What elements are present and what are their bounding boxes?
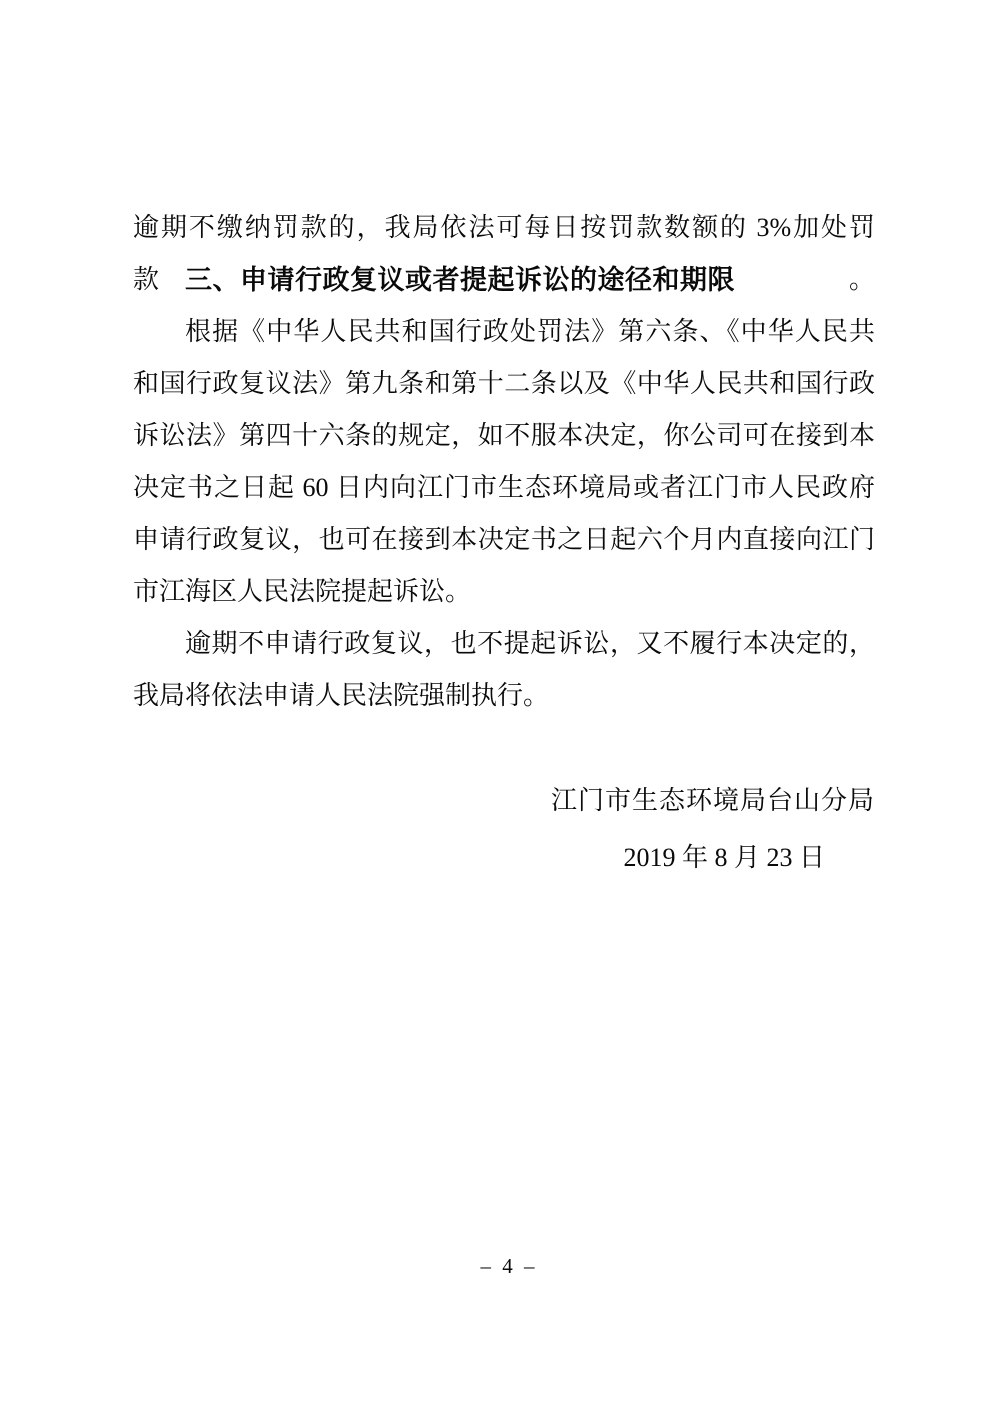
signature-date: 2019 年 8 月 23 日 — [133, 832, 875, 884]
document-page: 逾期不缴纳罚款的，我局依法可每日按罚款数额的 3%加处罚款。 三、申请行政复议或… — [0, 0, 992, 1403]
body-line: 市江海区人民法院提起诉讼。 — [133, 566, 875, 618]
body-line: 诉讼法》第四十六条的规定，如不服本决定，你公司可在接到本 — [133, 410, 875, 462]
body-line: 根据《中华人民共和国行政处罚法》第六条、《中华人民共 — [133, 306, 875, 358]
body-line: 逾期不缴纳罚款的，我局依法可每日按罚款数额的 3%加处罚款。 — [133, 202, 875, 254]
page-number: – 4 – — [0, 1253, 992, 1279]
body-line: 我局将依法申请人民法院强制执行。 — [133, 670, 875, 722]
body-line: 申请行政复议，也可在接到本决定书之日起六个月内直接向江门 — [133, 514, 875, 566]
document-body: 逾期不缴纳罚款的，我局依法可每日按罚款数额的 3%加处罚款。 三、申请行政复议或… — [133, 202, 875, 722]
body-line: 决定书之日起 60 日内向江门市生态环境局或者江门市人民政府 — [133, 462, 875, 514]
body-line: 和国行政复议法》第九条和第十二条以及《中华人民共和国行政 — [133, 358, 875, 410]
body-line: 逾期不申请行政复议，也不提起诉讼，又不履行本决定的， — [133, 618, 875, 670]
signature-org: 江门市生态环境局台山分局 — [133, 775, 875, 827]
